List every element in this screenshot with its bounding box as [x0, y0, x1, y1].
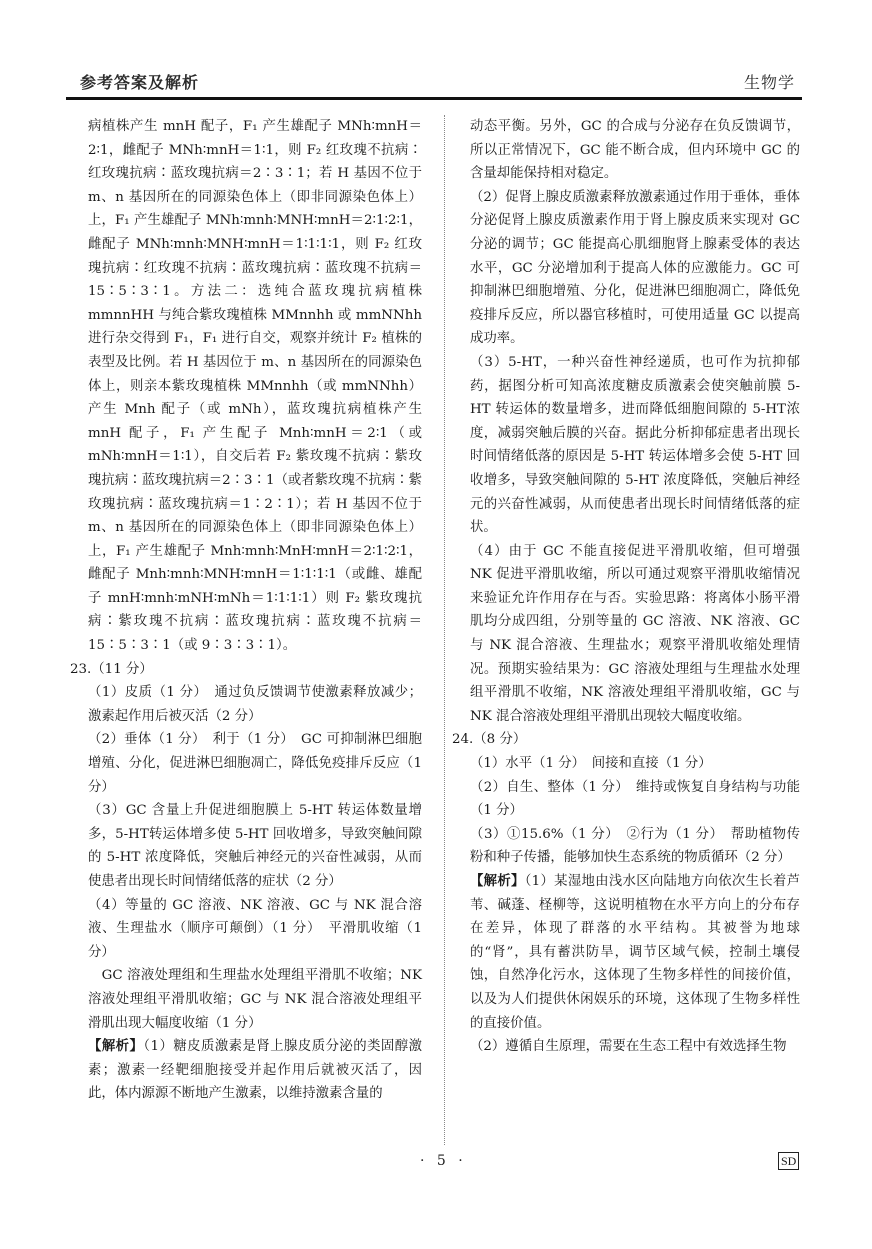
q23-analysis-4: （4）由于 GC 不能直接促进平滑肌收缩，但可增强 NK 促进平滑肌收缩，所以可… — [470, 540, 800, 729]
q23-answer-4-result: GC 溶液处理组和生理盐水处理组平滑肌不收缩；NK 溶液处理组平滑肌收缩；GC … — [88, 964, 422, 1035]
q24-answer-1: （1）水平（1 分） 间接和直接（1 分） — [470, 752, 800, 776]
page-number: · 5 · — [420, 1153, 467, 1169]
edition-badge: SD — [778, 1152, 799, 1170]
q24-analysis-2: （2）遵循自生原理，需要在生态工程中有效选择生物 — [470, 1035, 800, 1059]
analysis-label: 【解析】 — [88, 1038, 143, 1054]
q23-heading: 23.（11 分） — [70, 658, 422, 682]
analysis-label: 【解析】 — [470, 873, 525, 889]
q23-answer-1: （1）皮质（1 分） 通过负反馈调节使激素释放减少；激素起作用后被灭活（2 分） — [88, 681, 422, 728]
q22-continuation: 病植株产生 mnH 配子，F₁ 产生雄配子 MNh∶mnH＝2∶1，雌配子 MN… — [88, 115, 422, 658]
q23-answer-4: （4）等量的 GC 溶液、NK 溶液、GC 与 NK 混合溶液、生理盐水（顺序可… — [88, 894, 422, 965]
q24-heading: 24.（8 分） — [452, 728, 800, 752]
q24-analysis-1: （1）某湿地由浅水区向陆地方向依次生长着芦苇、碱蓬、柽柳等，这说明植物在水平方向… — [470, 874, 800, 1031]
column-divider — [444, 115, 445, 1145]
header-subject: 生物学 — [744, 70, 795, 93]
page-header: 参考答案及解析 生物学 — [80, 68, 795, 94]
header-title: 参考答案及解析 — [80, 70, 199, 93]
q23-answer-3: （3）GC 含量上升促进细胞膜上 5-HT 转运体数量增多，5-HT转运体增多使… — [88, 799, 422, 893]
left-column: 病植株产生 mnH 配子，F₁ 产生雄配子 MNh∶mnH＝2∶1，雌配子 MN… — [88, 115, 422, 1106]
q24-answer-2: （2）自生、整体（1 分） 维持或恢复自身结构与功能（1 分） — [470, 776, 800, 823]
q23-analysis-2: （2）促肾上腺皮质激素释放激素通过作用于垂体，垂体分泌促肾上腺皮质激素作用于肾上… — [470, 186, 800, 351]
right-column: 动态平衡。另外，GC 的合成与分泌存在负反馈调节，所以正常情况下，GC 能不断合… — [470, 115, 800, 1059]
q23-analysis-1-cont: 动态平衡。另外，GC 的合成与分泌存在负反馈调节，所以正常情况下，GC 能不断合… — [470, 115, 800, 186]
q23-analysis-3: （3）5-HT，一种兴奋性神经递质，也可作为抗抑郁药，据图分析可知高浓度糖皮质激… — [470, 351, 800, 540]
q24-answer-3: （3）①15.6%（1 分） ②行为（1 分） 帮助植物传粉和种子传播，能够加快… — [470, 823, 800, 870]
header-rule — [66, 97, 802, 100]
q23-answer-2: （2）垂体（1 分） 利于（1 分） GC 可抑制淋巴细胞增殖、分化，促进淋巴细… — [88, 728, 422, 799]
